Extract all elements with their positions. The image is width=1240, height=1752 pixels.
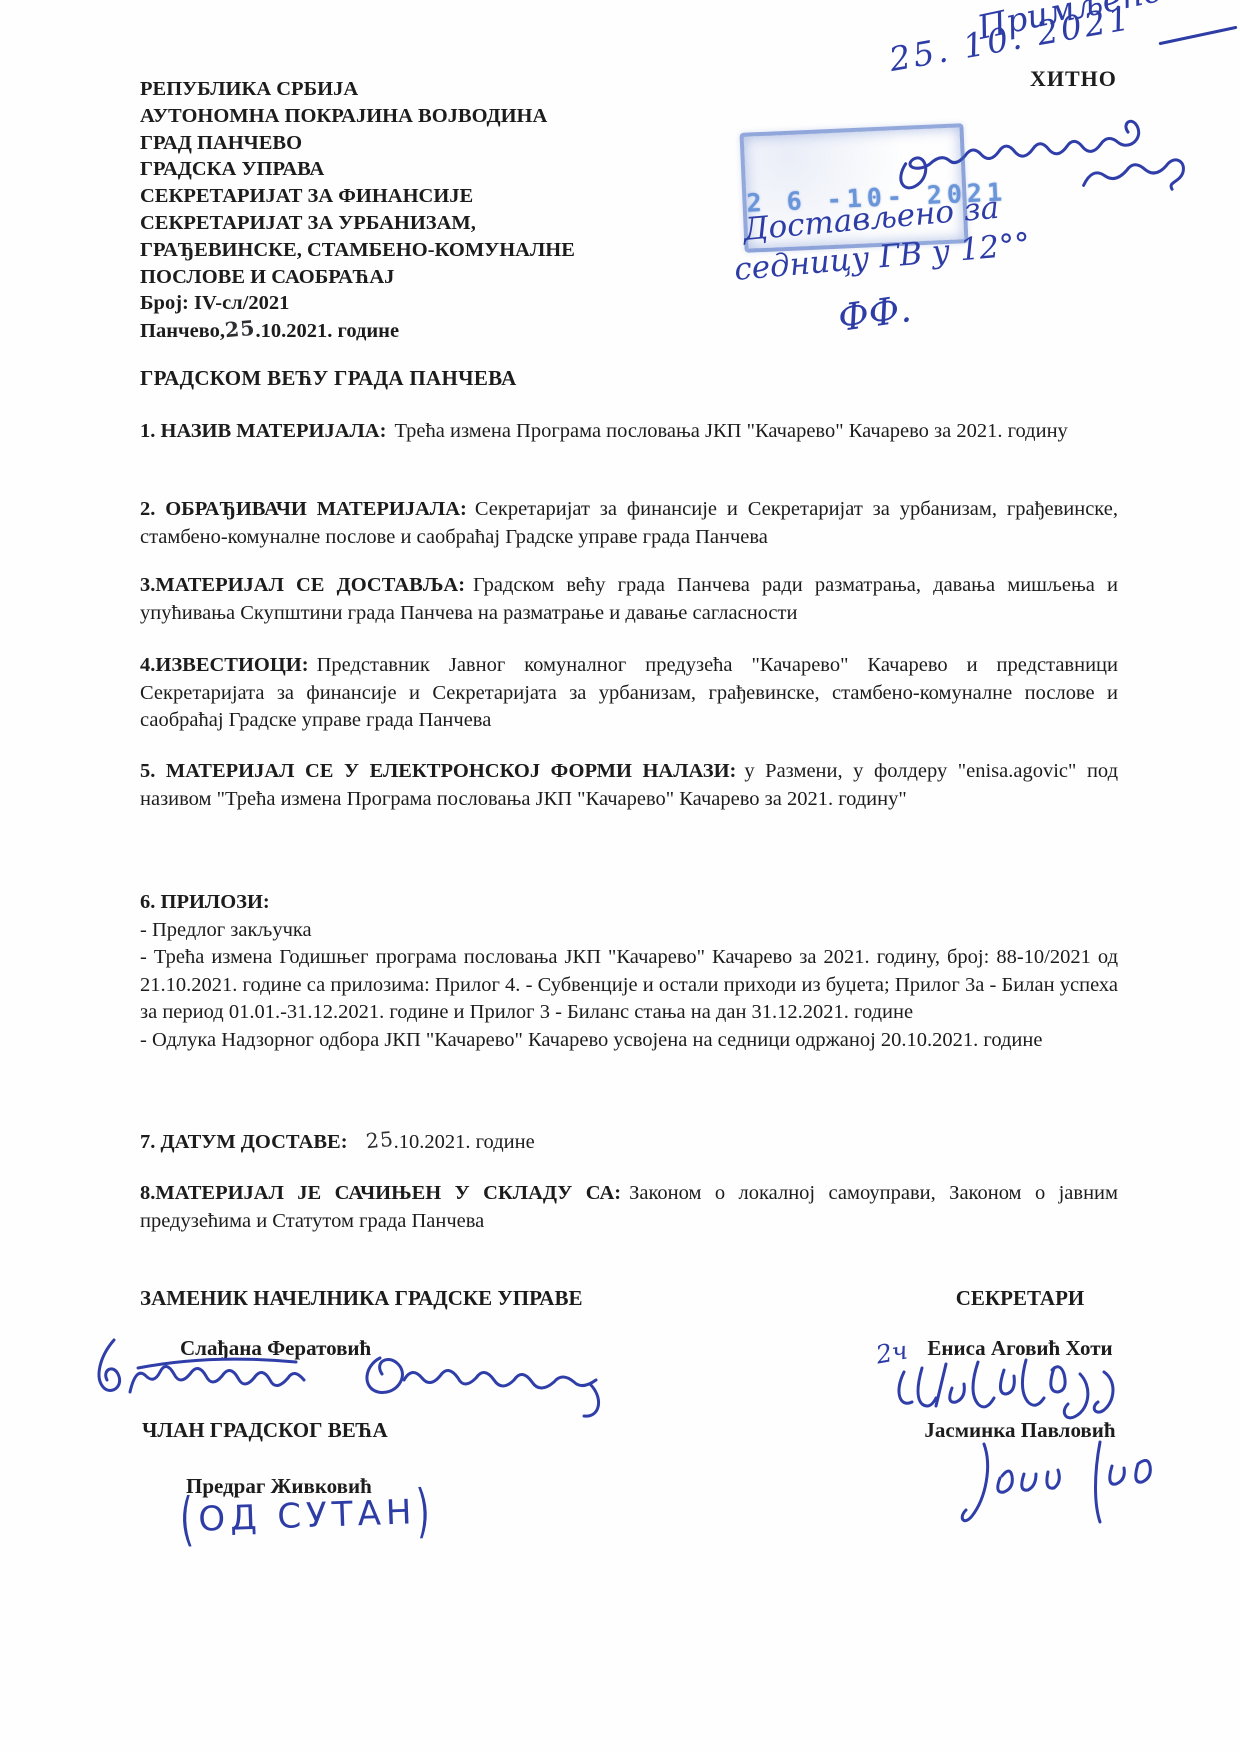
section-3-label: 3.МАТЕРИЈАЛ СЕ ДОСТАВЉА: (140, 574, 465, 596)
section-1-label: 1. НАЗИВ МАТЕРИЈАЛА: (140, 420, 386, 442)
document-number: Број: IV-сл/2021 (140, 290, 575, 317)
section-2-processors: 2. ОБРАЂИВАЧИ МАТЕРИЈАЛА:Секретаријат за… (140, 496, 1118, 551)
section-3-delivered-to: 3.МАТЕРИЈАЛ СЕ ДОСТАВЉА:Градском већу гр… (140, 572, 1118, 627)
handwritten-delivery-day: 25 (364, 1126, 394, 1156)
absent-text: ОД СУТАН (198, 1492, 417, 1540)
letterhead-line: РЕПУБЛИКА СРБИЈА (140, 76, 575, 103)
document-page: РЕПУБЛИКА СРБИЈА АУТОНОМНА ПОКРАЈИНА ВОЈ… (0, 0, 1240, 1752)
place-label: Панчево, (140, 320, 225, 342)
date-rest: .10.2021. године (256, 320, 400, 342)
absent-open-paren: ( (179, 1486, 200, 1555)
section-5-electronic-form: 5. МАТЕРИЈАЛ СЕ У ЕЛЕКТРОНСКОЈ ФОРМИ НАЛ… (140, 758, 1118, 813)
section-1-material-name: 1. НАЗИВ МАТЕРИЈАЛА:Трећа измена Програм… (140, 418, 1118, 446)
place-and-date: Панчево,25.10.2021. године (140, 317, 575, 345)
letterhead-line: ГРАД ПАНЧЕВО (140, 130, 575, 157)
attachment-item: - Одлука Надзорног одбора ЈКП "Качарево"… (140, 1027, 1118, 1055)
letterhead-line: ГРАДСКА УПРАВА (140, 156, 575, 183)
section-7-date-rest: .10.2021. године (394, 1131, 535, 1153)
signature-feratovic-ink (80, 1328, 640, 1428)
letterhead: РЕПУБЛИКА СРБИЈА АУТОНОМНА ПОКРАЈИНА ВОЈ… (140, 76, 575, 345)
signature-pavlovic-ink (950, 1436, 1180, 1536)
secretaries-title: СЕКРЕТАРИ (860, 1286, 1180, 1311)
pen-flourish-line (1159, 26, 1238, 46)
letterhead-line: ГРАЂЕВИНСКЕ, СТАМБЕНО-КОМУНАЛНЕ (140, 237, 575, 264)
letterhead-line: СЕКРЕТАРИЈАТ ЗА ФИНАНСИЈЕ (140, 183, 575, 210)
letterhead-line: АУТОНОМНА ПОКРАЈИНА ВОЈВОДИНА (140, 103, 575, 130)
signature-agovic-hoti-ink (890, 1352, 1180, 1422)
attachment-item: - Трећа измена Годишњег програма послова… (140, 944, 1118, 1027)
section-4-reporters: 4.ИЗВЕСТИОЦИ:Представник Јавног комуналн… (140, 652, 1118, 735)
section-5-label: 5. МАТЕРИЈАЛ СЕ У ЕЛЕКТРОНСКОЈ ФОРМИ НАЛ… (140, 760, 736, 782)
section-7-delivery-date: 7. ДАТУМ ДОСТАВЕ:25.10.2021. године (140, 1128, 1118, 1157)
section-6-label: 6. ПРИЛОЗИ: (140, 889, 1118, 917)
section-4-label: 4.ИЗВЕСТИОЦИ: (140, 654, 309, 676)
deputy-head-title: ЗАМЕНИК НАЧЕЛНИКА ГРАДСКЕ УПРАВЕ (140, 1286, 582, 1311)
handwritten-day: 25 (224, 315, 257, 344)
recipient-title: ГРАДСКОМ ВЕЋУ ГРАДА ПАНЧЕВА (140, 366, 517, 391)
letterhead-line: СЕКРЕТАРИЈАТ ЗА УРБАНИЗАМ, (140, 210, 575, 237)
attachment-item: - Предлог закључка (140, 917, 1118, 945)
section-8-label: 8.МАТЕРИЈАЛ ЈЕ САЧИЊЕН У СКЛАДУ СА: (140, 1182, 621, 1204)
section-6-attachments: 6. ПРИЛОЗИ: - Предлог закључка - Трећа и… (140, 889, 1118, 1054)
section-1-text: Трећа измена Програма пословања ЈКП "Кач… (394, 420, 1067, 442)
handwritten-absent-note: (ОД СУТАН) (179, 1492, 435, 1541)
letterhead-line: ПОСЛОВЕ И САОБРАЋАЈ (140, 264, 575, 291)
council-member-title: ЧЛАН ГРАДСКОГ ВЕЋА (142, 1418, 388, 1443)
section-2-label: 2. ОБРАЂИВАЧИ МАТЕРИЈАЛА: (140, 498, 467, 520)
section-8-legal-basis: 8.МАТЕРИЈАЛ ЈЕ САЧИЊЕН У СКЛАДУ СА:Закон… (140, 1180, 1118, 1235)
section-7-label: 7. ДАТУМ ДОСТАВЕ: (140, 1131, 348, 1153)
handwritten-initials: ФФ. (835, 287, 913, 340)
absent-close-paren: ) (415, 1478, 436, 1547)
